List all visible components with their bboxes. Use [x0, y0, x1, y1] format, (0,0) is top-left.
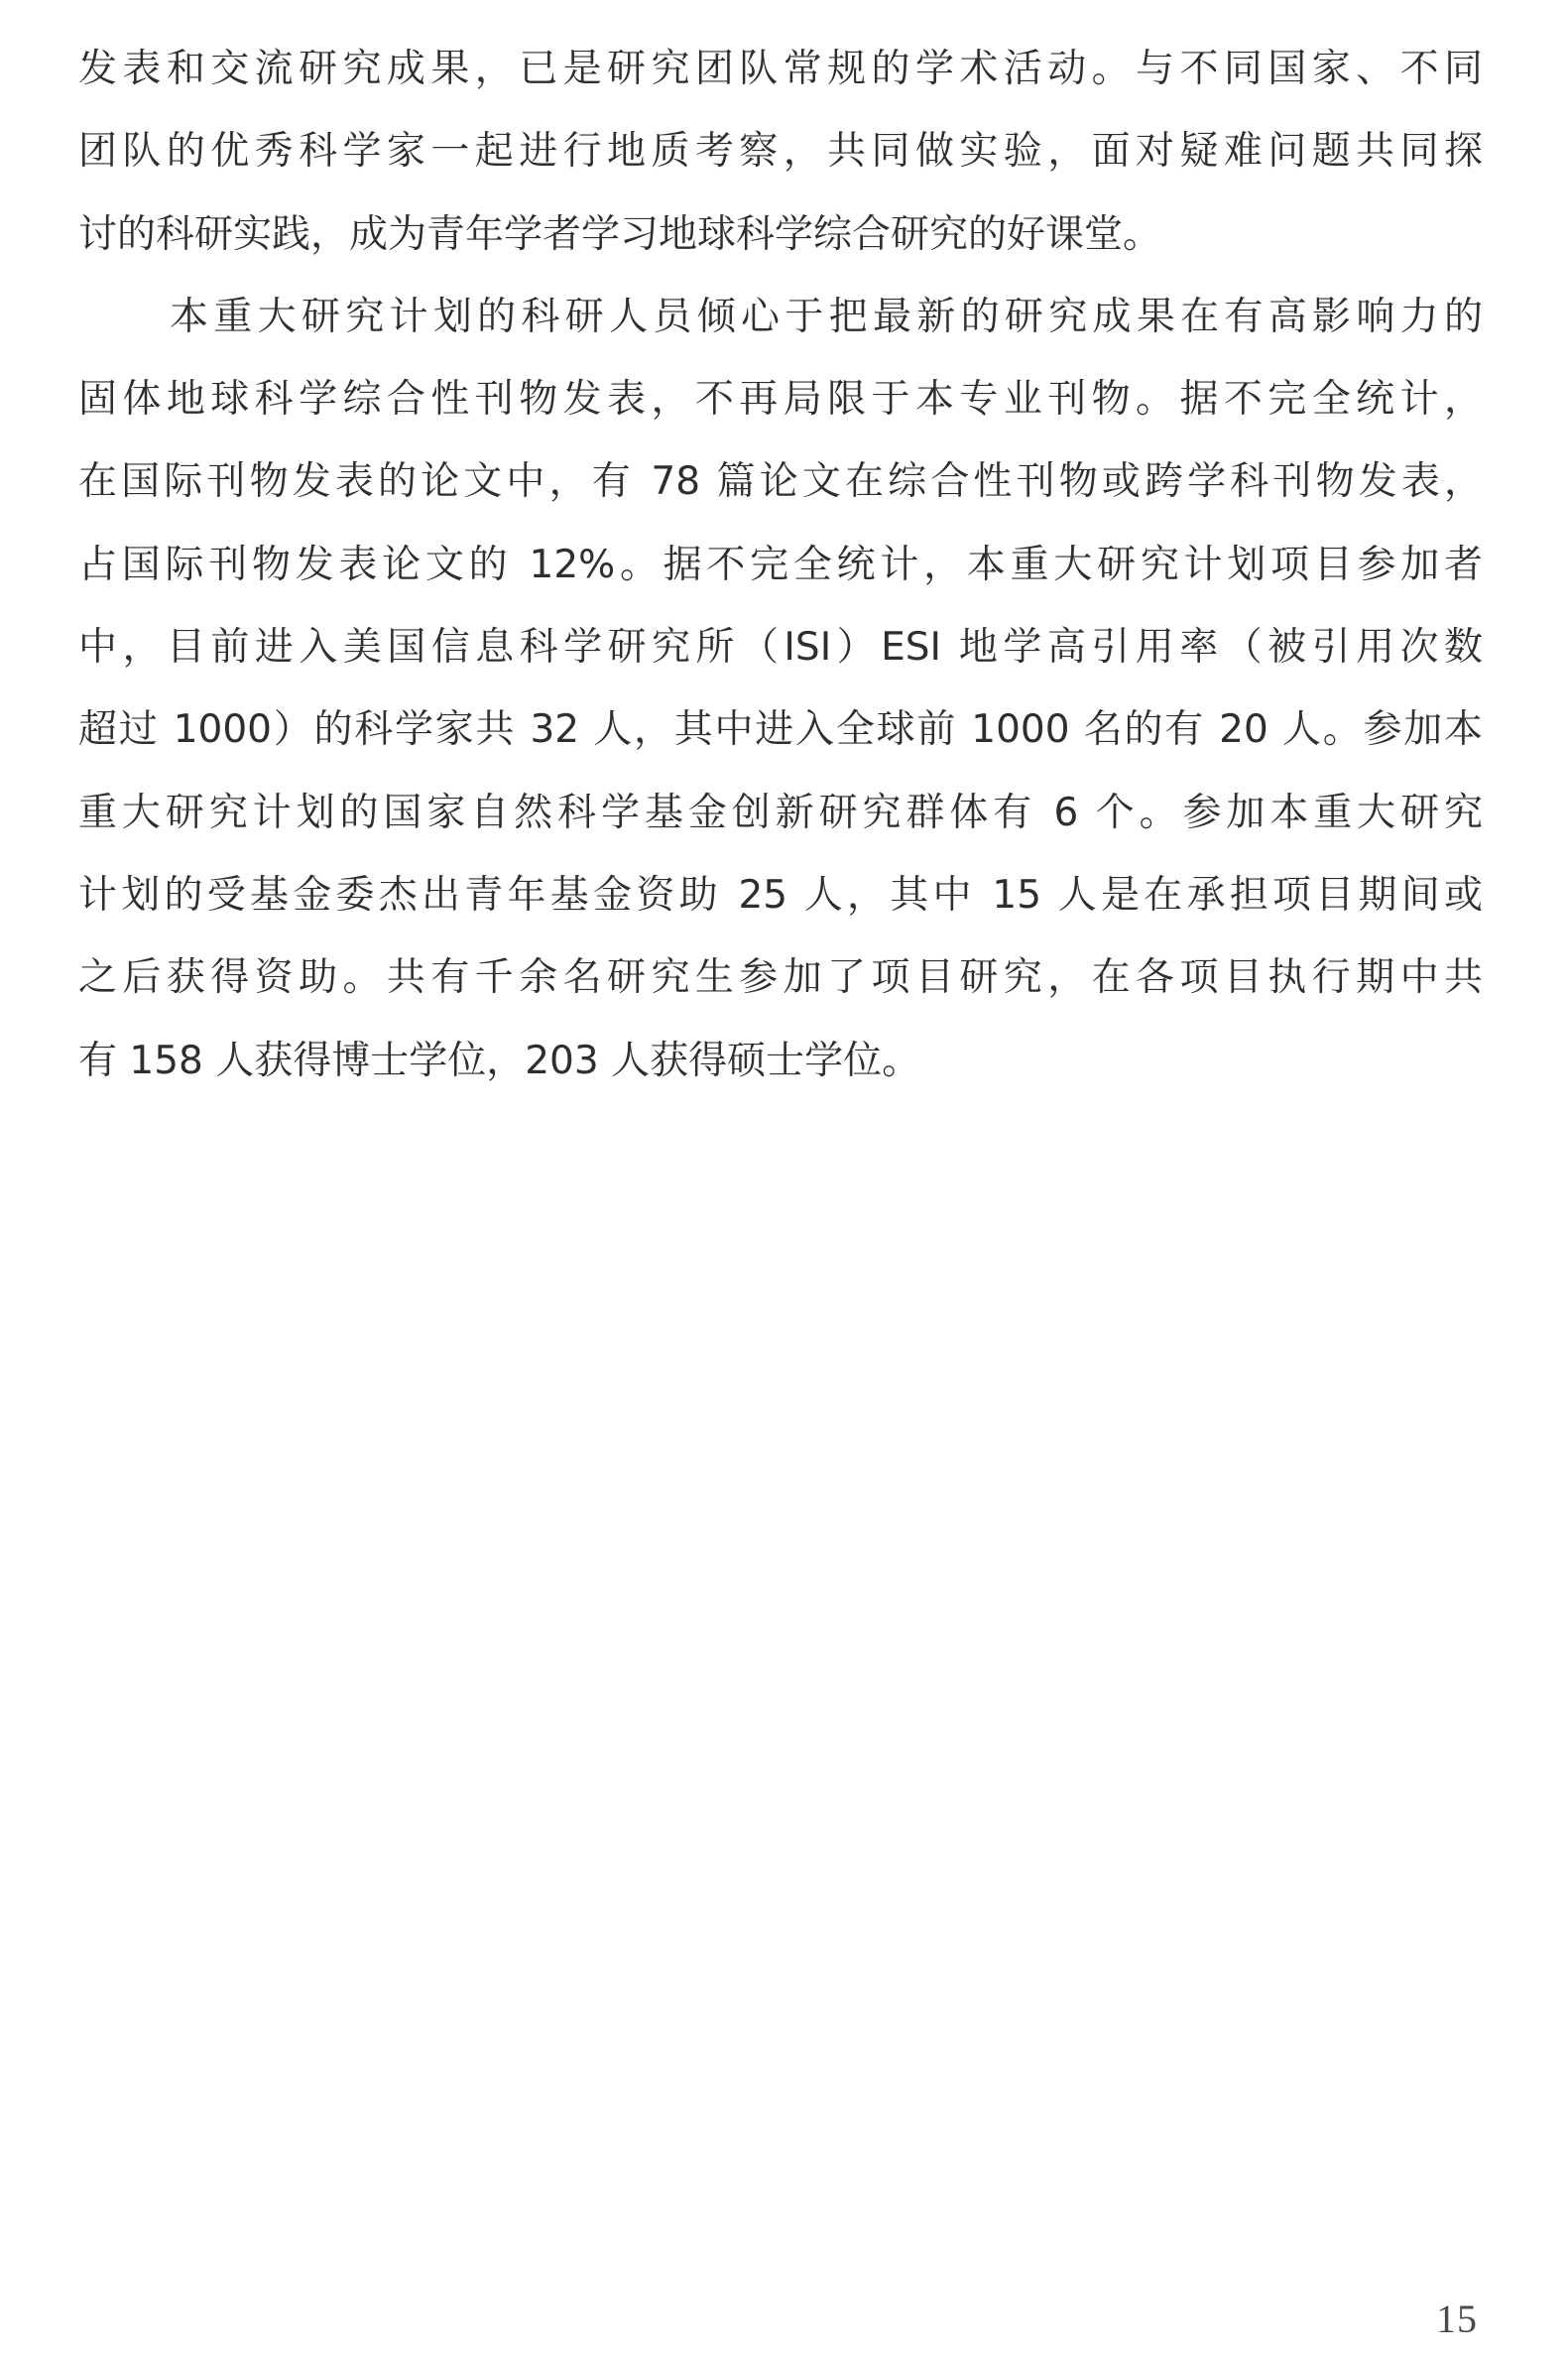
text-line: 中，目前进入美国信息科学研究所（ISI）ESI 地学高引用率（被引用次数 [78, 622, 1483, 704]
text-line: 讨的科研实践，成为青年学者学习地球科学综合研究的好课堂。 [78, 209, 1483, 292]
text-line: 重大研究计划的国家自然科学基金创新研究群体有 6 个。参加本重大研究 [78, 788, 1483, 870]
text-line: 在国际刊物发表的论文中，有 78 篇论文在综合性刊物或跨学科刊物发表， [78, 456, 1483, 539]
text-line: 超过 1000）的科学家共 32 人，其中进入全球前 1000 名的有 20 人… [78, 704, 1483, 787]
paragraph-2: 本重大研究计划的科研人员倾心于把最新的研究成果在有高影响力的 固体地球科学综合性… [78, 292, 1483, 1118]
text-line: 团队的优秀科学家一起进行地质考察，共同做实验，面对疑难问题共同探 [78, 126, 1483, 208]
body-text: 发表和交流研究成果，已是研究团队常规的学术活动。与不同国家、不同 团队的优秀科学… [78, 44, 1483, 1118]
document-page: 发表和交流研究成果，已是研究团队常规的学术活动。与不同国家、不同 团队的优秀科学… [0, 0, 1568, 2357]
text-line: 占国际刊物发表论文的 12%。据不完全统计，本重大研究计划项目参加者 [78, 540, 1483, 622]
paragraph-1: 发表和交流研究成果，已是研究团队常规的学术活动。与不同国家、不同 团队的优秀科学… [78, 44, 1483, 292]
text-line: 固体地球科学综合性刊物发表，不再局限于本专业刊物。据不完全统计， [78, 374, 1483, 456]
page-number: 15 [1436, 2295, 1478, 2342]
text-line: 之后获得资助。共有千余名研究生参加了项目研究，在各项目执行期中共 [78, 952, 1483, 1035]
text-line: 有 158 人获得博士学位，203 人获得硕士学位。 [78, 1036, 1483, 1118]
text-line-indented: 本重大研究计划的科研人员倾心于把最新的研究成果在有高影响力的 [78, 292, 1483, 374]
text-line: 计划的受基金委杰出青年基金资助 25 人，其中 15 人是在承担项目期间或 [78, 870, 1483, 952]
text-line: 发表和交流研究成果，已是研究团队常规的学术活动。与不同国家、不同 [78, 44, 1483, 126]
